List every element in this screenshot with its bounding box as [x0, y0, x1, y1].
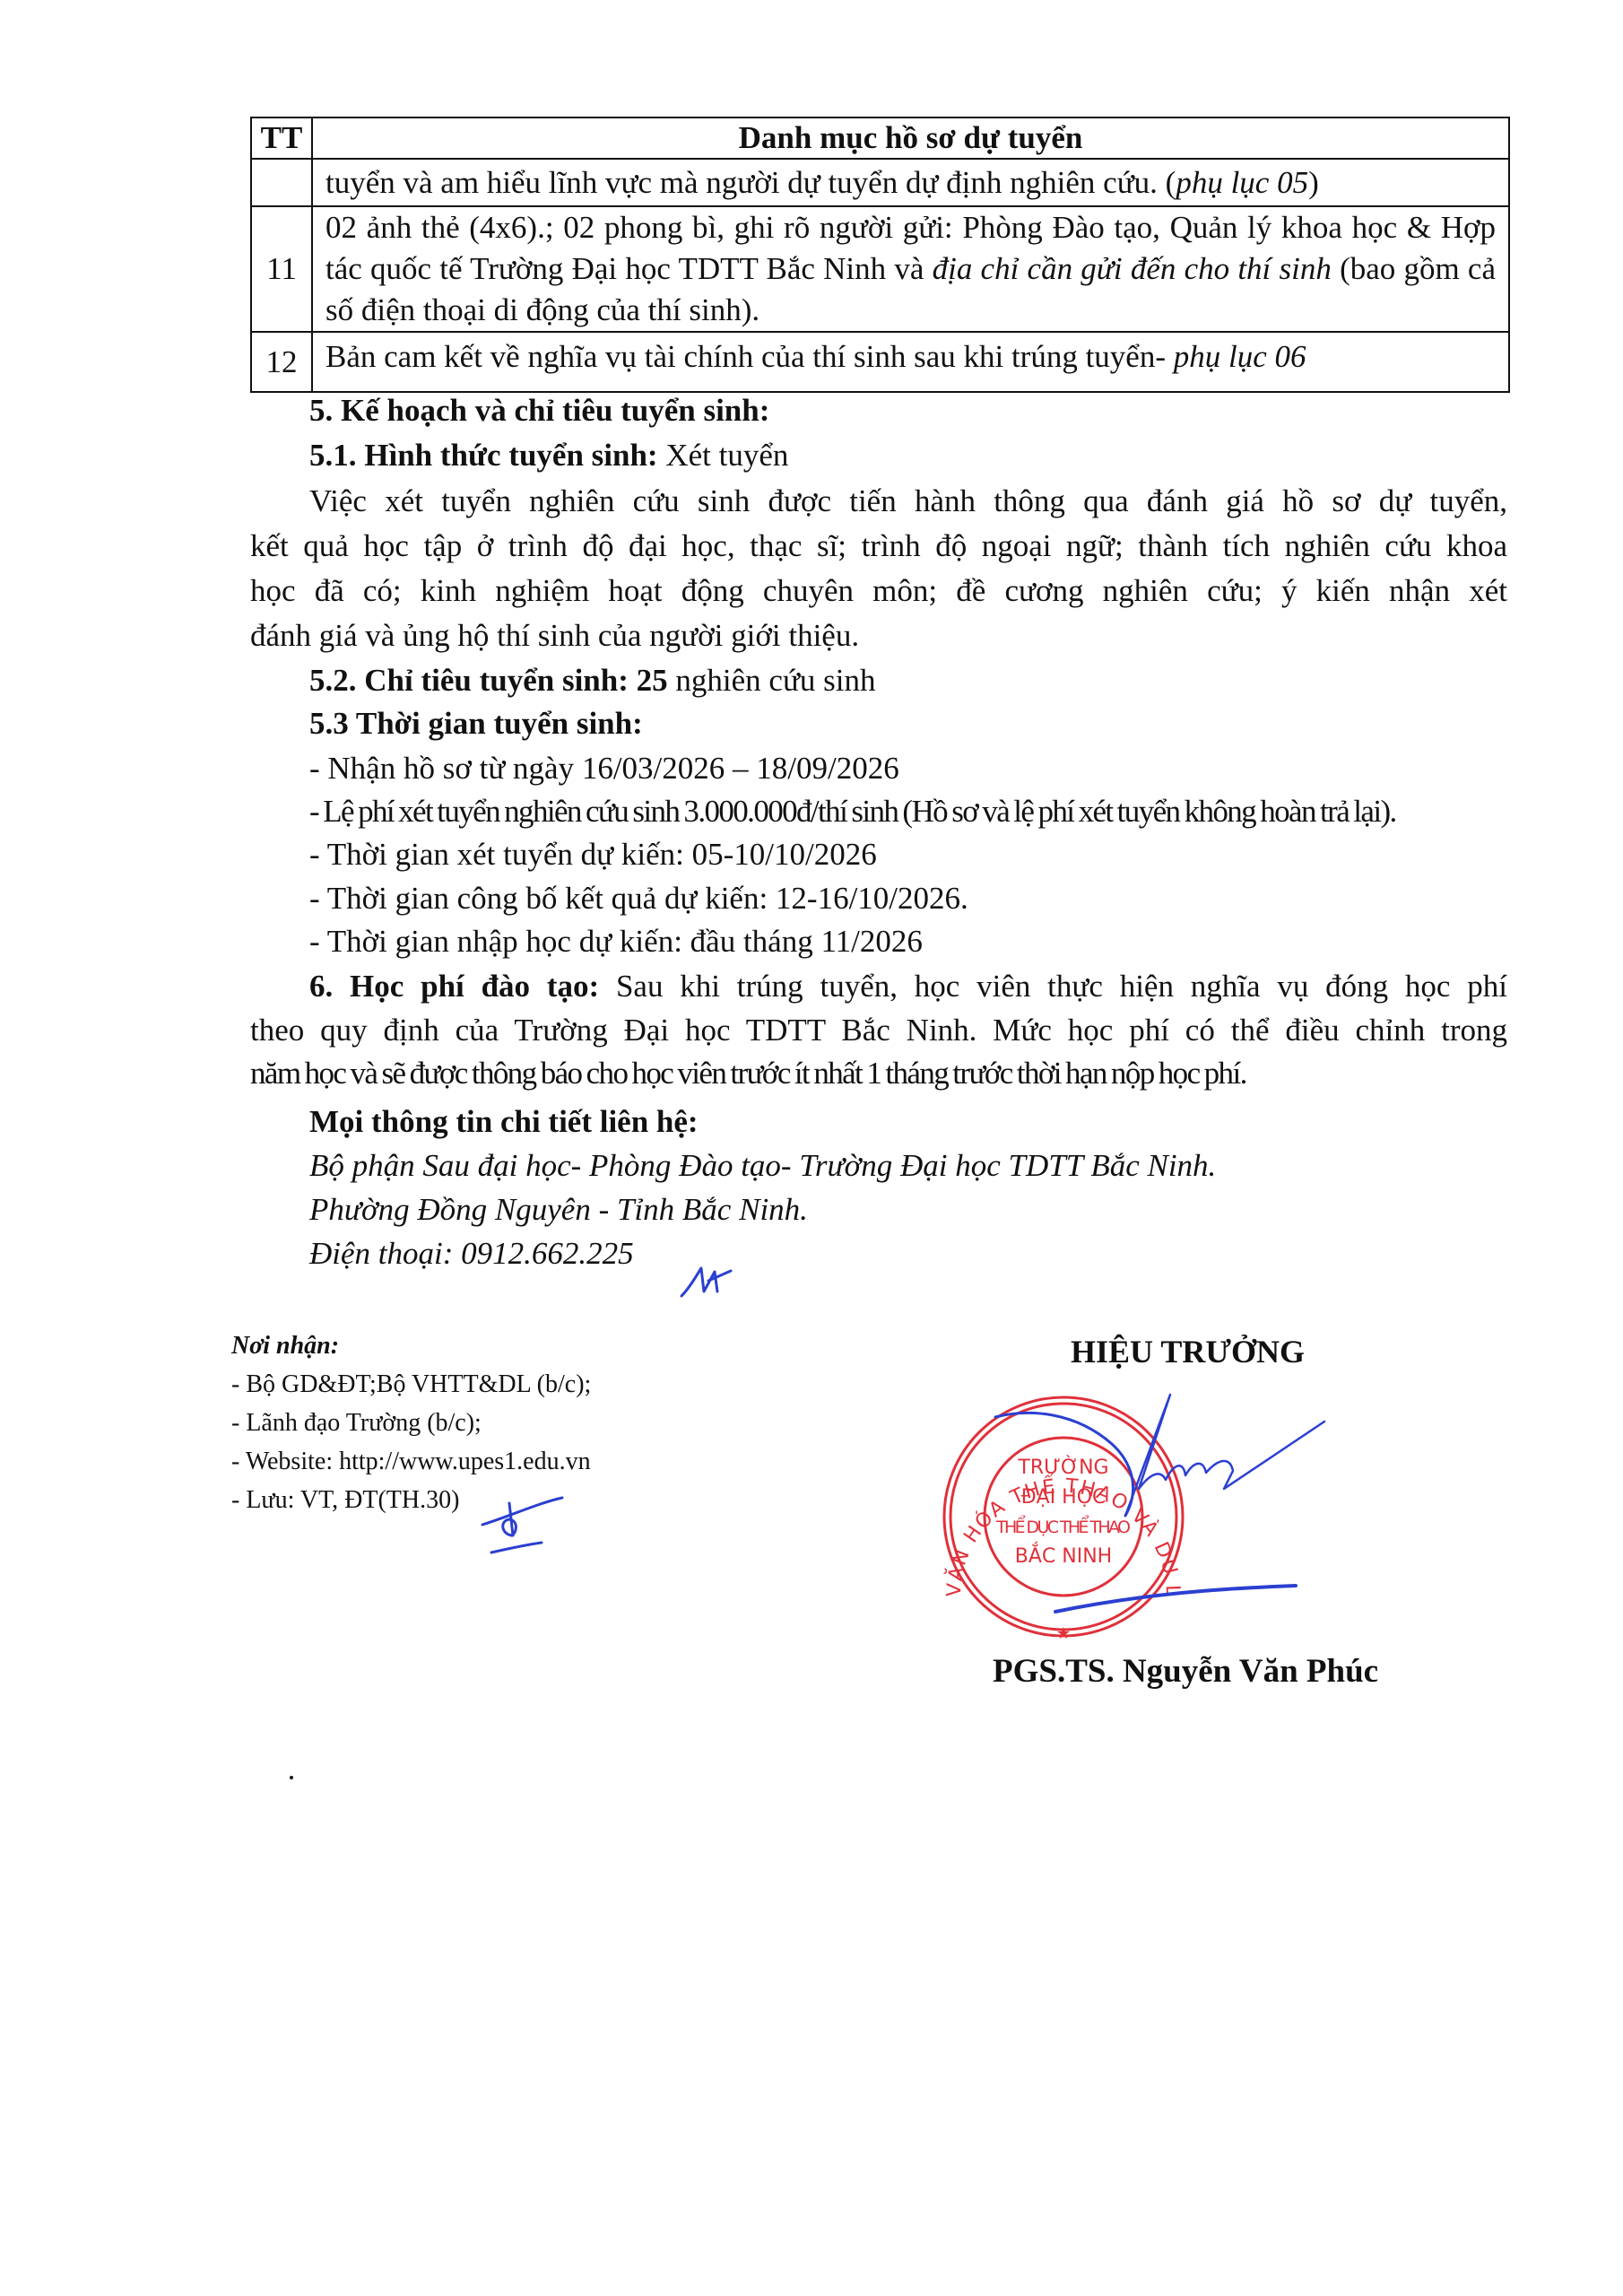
timeline-item-fee: - Lệ phí xét tuyển nghiên cứu sinh 3.000…	[309, 789, 1507, 834]
appendix-reference: phụ lục 05	[1176, 165, 1308, 200]
appendix-reference: phụ lục 06	[1174, 339, 1306, 374]
contact-phone: Điện thoại: 0912.662.225	[309, 1231, 1507, 1276]
row-number: 11	[251, 206, 312, 332]
table-row: tuyển và am hiểu lĩnh vực mà người dự tu…	[251, 159, 1509, 206]
recipient-item: - Lưu: VT, ĐT(TH.30)	[231, 1481, 459, 1519]
selection-paragraph-line: kết quả học tập ở trình độ đại học, thạc…	[250, 524, 1507, 569]
svg-text:TRƯỜNG: TRƯỜNG	[1017, 1456, 1108, 1479]
column-header-content: Danh mục hồ sơ dự tuyển	[312, 117, 1509, 159]
appendix-reference: địa chỉ cần gửi đến cho thí sinh	[933, 251, 1332, 286]
section-6-label: 6. Học phí đào tạo:	[309, 969, 599, 1004]
table-header-row: TT Danh mục hồ sơ dự tuyển	[251, 117, 1509, 159]
section-5-1-label: 5.1. Hình thức tuyển sinh:	[309, 438, 658, 473]
footer-dot	[290, 1776, 293, 1779]
section-5-1: 5.1. Hình thức tuyển sinh: Xét tuyển	[309, 433, 1507, 478]
timeline-item: - Nhận hồ sơ từ ngày 16/03/2026 – 18/09/…	[309, 746, 1507, 791]
section-5-2-label: 5.2. Chỉ tiêu tuyển sinh:	[309, 663, 629, 698]
svg-text:BẮC NINH: BẮC NINH	[1015, 1542, 1112, 1568]
section-6-text: Sau khi trúng tuyển, học viên thực hiện …	[599, 969, 1507, 1004]
quota-count: 25	[629, 663, 668, 698]
recipient-item: - Lãnh đạo Trường (b/c);	[231, 1404, 482, 1442]
row-number	[251, 159, 312, 206]
signer-name: PGS.TS. Nguyễn Văn Phúc	[993, 1652, 1378, 1691]
contact-heading: Mọi thông tin chi tiết liên hệ:	[309, 1100, 1507, 1144]
contact-address: Phường Đồng Nguyên - Tỉnh Bắc Ninh.	[309, 1187, 1507, 1232]
row-content: tuyển và am hiểu lĩnh vực mà người dự tu…	[312, 159, 1509, 206]
section-6-line-1: 6. Học phí đào tạo: Sau khi trúng tuyển,…	[309, 964, 1507, 1009]
row-content: 02 ảnh thẻ (4x6).; 02 phong bì, ghi rõ n…	[312, 206, 1509, 332]
section-6-line-2: theo quy định của Trường Đại học TDTT Bắ…	[250, 1008, 1507, 1053]
section-5-2: 5.2. Chỉ tiêu tuyển sinh: 25 nghiên cứu …	[309, 658, 1507, 703]
svg-text:THỂ DỤC THỂ THAO: THỂ DỤC THỂ THAO	[995, 1514, 1131, 1537]
contact-department: Bộ phận Sau đại học- Phòng Đào tạo- Trườ…	[309, 1144, 1507, 1188]
table-row: 11 02 ảnh thẻ (4x6).; 02 phong bì, ghi r…	[251, 206, 1509, 332]
timeline-item: - Thời gian nhập học dự kiến: đầu tháng …	[309, 919, 1507, 964]
row-text: tuyển và am hiểu lĩnh vực mà người dự tu…	[325, 165, 1176, 200]
section-5-3-heading: 5.3 Thời gian tuyển sinh:	[309, 701, 1507, 746]
timeline-item: - Thời gian xét tuyển dự kiến: 05-10/10/…	[309, 832, 1507, 877]
signer-title: HIỆU TRƯỞNG	[1071, 1333, 1305, 1370]
section-5-heading: 5. Kế hoạch và chỉ tiêu tuyển sinh:	[309, 388, 1507, 433]
signature-icon	[482, 1268, 1324, 1612]
row-text: )	[1308, 165, 1319, 200]
selection-paragraph-line: Việc xét tuyển nghiên cứu sinh được tiến…	[309, 479, 1507, 524]
row-number: 12	[251, 332, 312, 392]
table-row: 12 Bản cam kết về nghĩa vụ tài chính của…	[251, 332, 1509, 392]
row-text: Bản cam kết về nghĩa vụ tài chính của th…	[325, 339, 1174, 374]
row-content: Bản cam kết về nghĩa vụ tài chính của th…	[312, 332, 1509, 392]
selection-paragraph-line: học đã có; kinh nghiệm hoạt động chuyên …	[250, 569, 1507, 613]
svg-text:★: ★	[1056, 1624, 1071, 1642]
quota-unit: nghiên cứu sinh	[668, 663, 876, 698]
section-6-line-3: năm học và sẽ được thông báo cho học viê…	[250, 1051, 1507, 1096]
section-5-1-value: Xét tuyển	[658, 438, 789, 473]
application-documents-table: TT Danh mục hồ sơ dự tuyển tuyển và am h…	[250, 117, 1510, 393]
recipients-title: Nơi nhận:	[231, 1326, 339, 1365]
selection-paragraph-line: đánh giá và ủng hộ thí sinh của người gi…	[250, 613, 1507, 658]
recipient-item: - Bộ GD&ĐT;Bộ VHTT&DL (b/c);	[231, 1365, 591, 1404]
recipient-item-website: - Website: http://www.upes1.edu.vn	[231, 1442, 591, 1481]
timeline-item: - Thời gian công bố kết quả dự kiến: 12-…	[309, 876, 1507, 921]
svg-text:ĐẠI HỌC: ĐẠI HỌC	[1021, 1486, 1107, 1509]
column-header-tt: TT	[251, 117, 312, 159]
